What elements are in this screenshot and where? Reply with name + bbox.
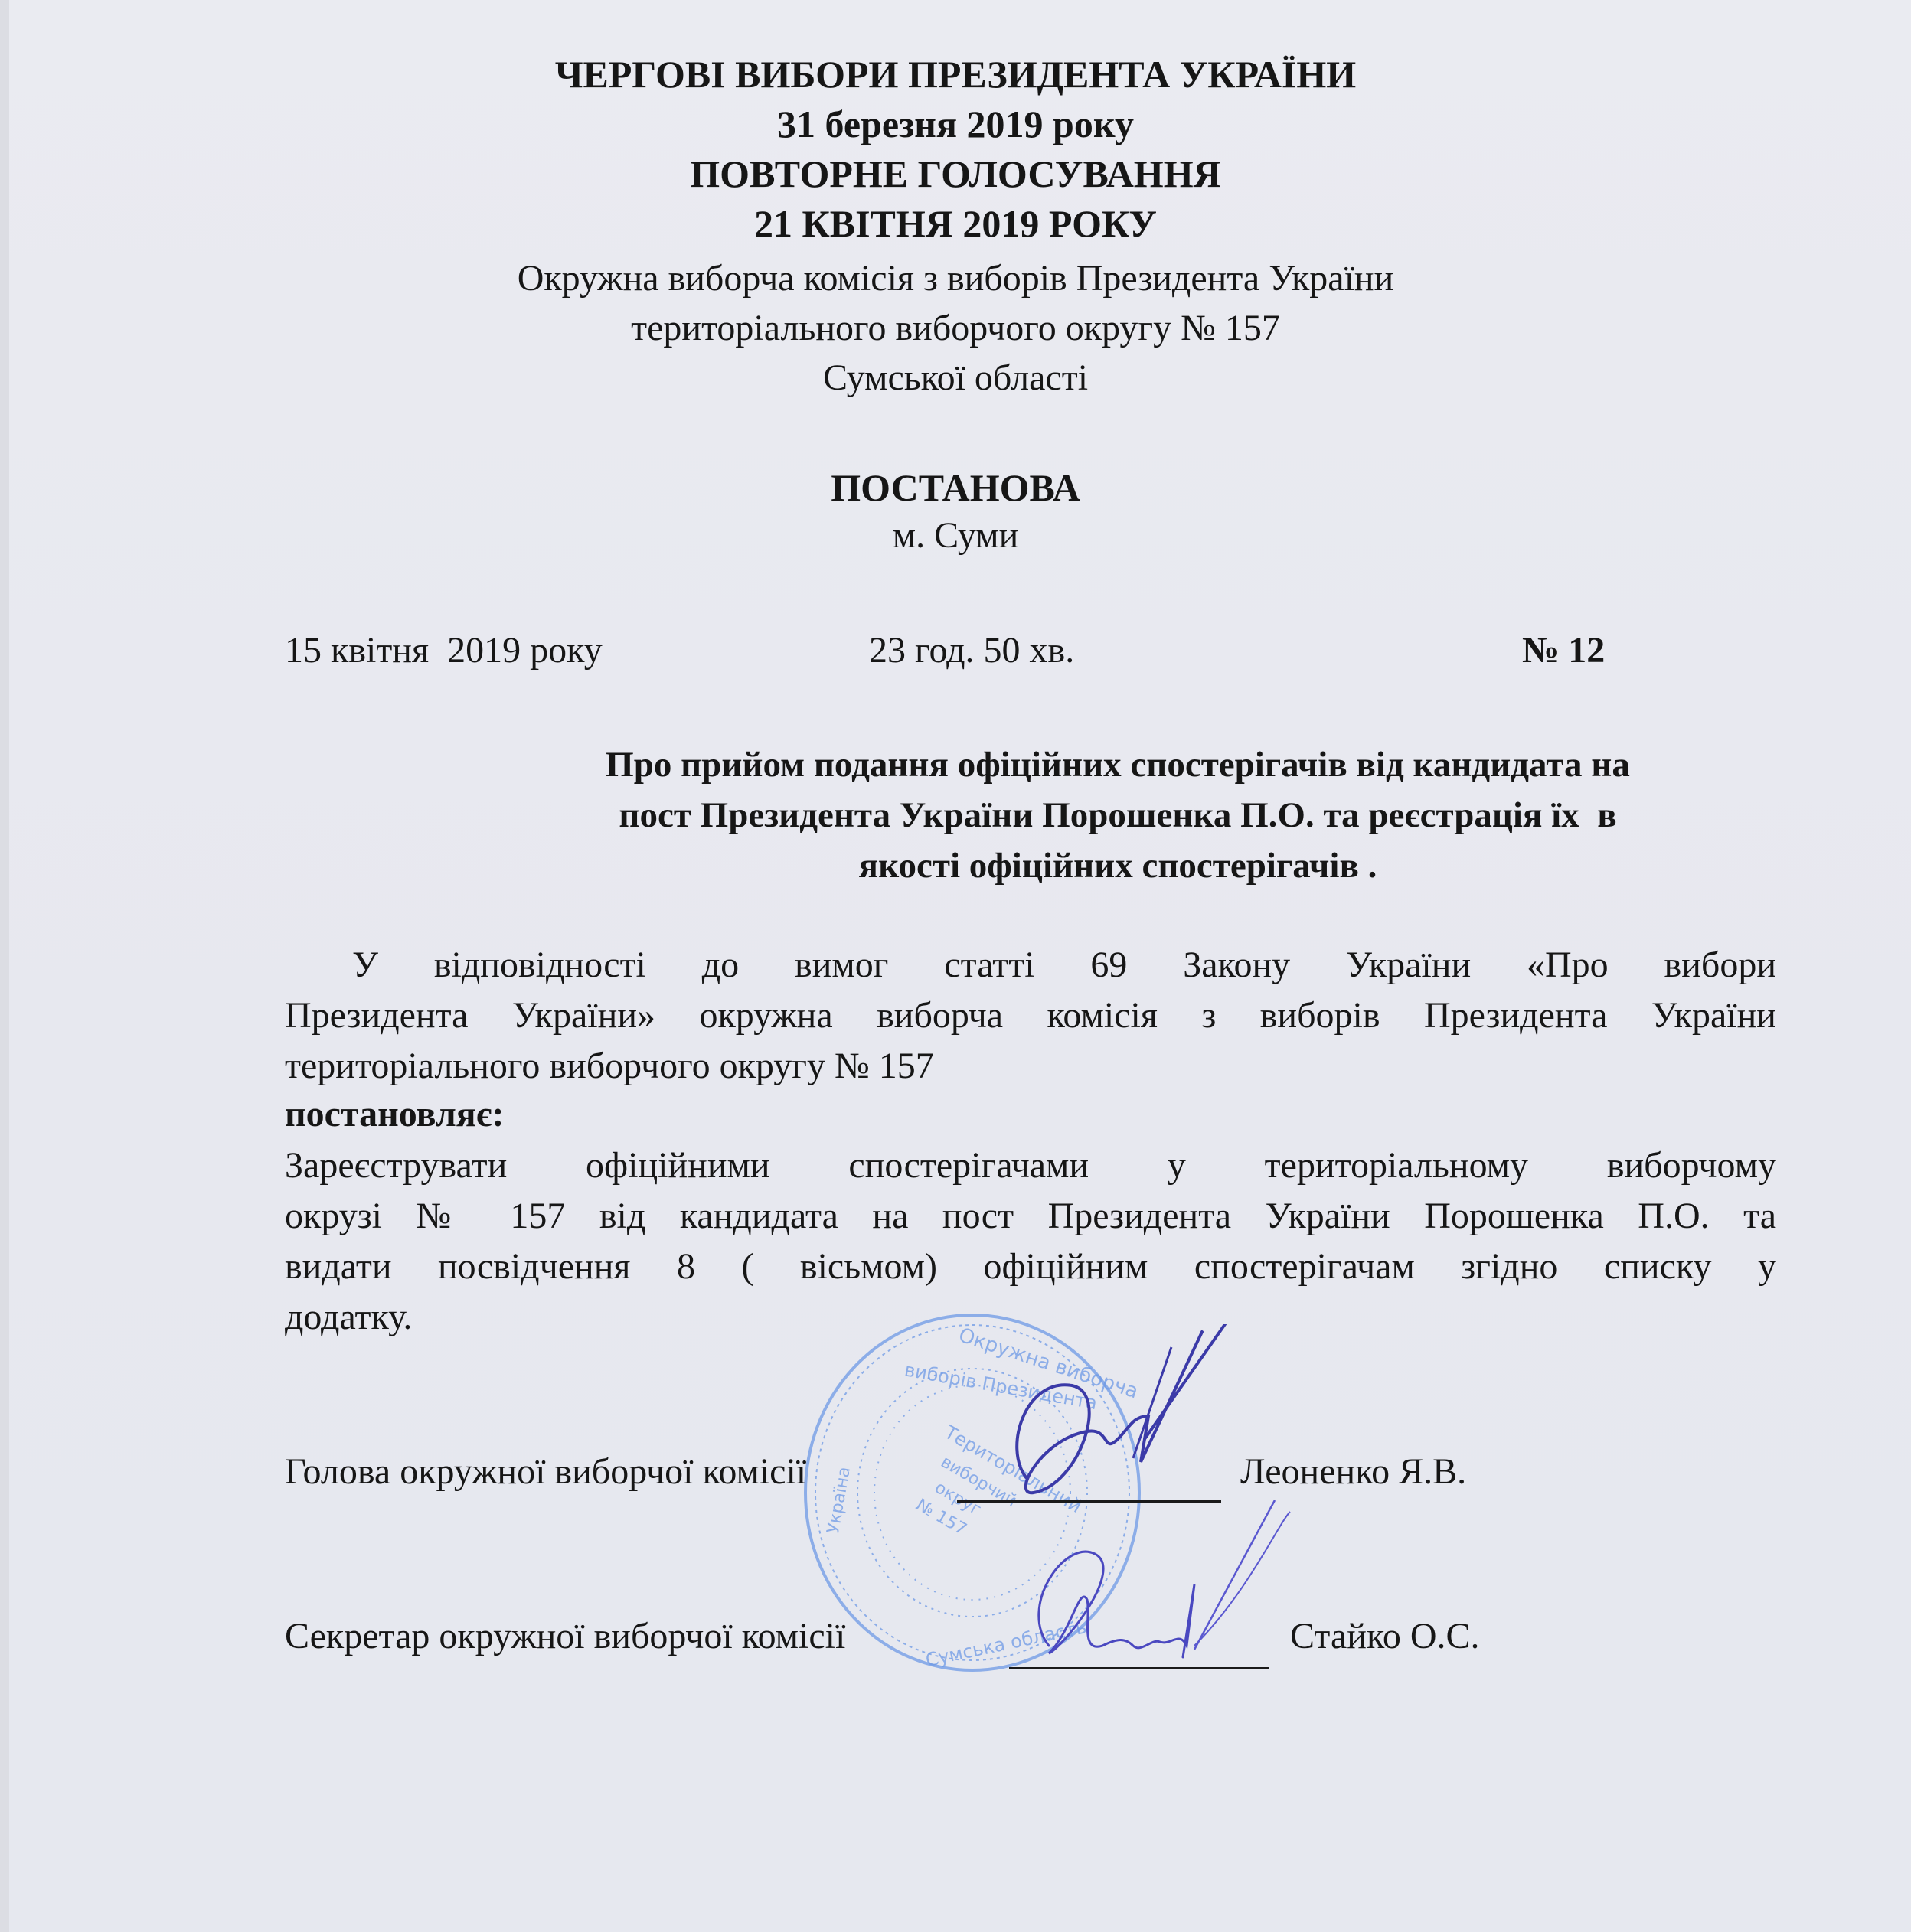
chair-signature-line — [957, 1500, 1221, 1503]
svg-text:Україна: Україна — [824, 1465, 854, 1535]
document-type: ПОСТАНОВА — [0, 468, 1911, 507]
document-page: ЧЕРГОВІ ВИБОРИ ПРЕЗИДЕНТА УКРАЇНИ 31 бер… — [0, 0, 1911, 1932]
decision-line: окрузі № 157 від кандидата на пост Прези… — [285, 1191, 1776, 1242]
runoff-date: 21 КВІТНЯ 2019 РОКУ — [0, 204, 1911, 243]
decision-paragraph: Зареєструвати офіційними спостерігачами … — [285, 1141, 1776, 1343]
intro-line: територіального виборчого округу № 157 — [285, 1041, 1776, 1092]
document-time: 23 год. 50 хв. — [869, 629, 1074, 671]
intro-paragraph: У відповідності до вимог статті 69 Закон… — [285, 940, 1776, 1092]
svg-text:Сумська область: Сумська область — [923, 1616, 1088, 1671]
document-number: № 12 — [1522, 629, 1605, 671]
decision-line: Зареєструвати офіційними спостерігачами … — [285, 1141, 1776, 1191]
decides-label: постановляє: — [285, 1093, 505, 1135]
commission-name: Окружна виборча комісія з виборів Презид… — [0, 260, 1911, 297]
official-stamp-icon: Окружна виборча виборів Президента Терит… — [796, 1305, 1148, 1680]
decision-line: додатку. — [285, 1292, 1776, 1343]
svg-text:виборів Президента: виборів Президента — [903, 1359, 1099, 1414]
commission-district: територіального виборчого округу № 157 — [0, 310, 1911, 347]
secretary-name: Стайко О.С. — [1290, 1615, 1480, 1657]
svg-text:Територіальний: Територіальний — [940, 1421, 1086, 1517]
chair-name: Леоненко Я.В. — [1240, 1451, 1466, 1493]
election-date: 31 березня 2019 року — [0, 105, 1911, 143]
title-line: якості офіційних спостерігачів . — [459, 840, 1776, 891]
title-line: пост Президента України Порошенка П.О. т… — [459, 790, 1776, 840]
title-line: Про прийом подання офіційних спостерігач… — [459, 739, 1776, 790]
intro-line: Президента України» окружна виборча комі… — [285, 990, 1776, 1041]
secretary-signature-line — [1009, 1667, 1269, 1669]
svg-text:округ: округ — [932, 1478, 985, 1519]
intro-line: У відповідності до вимог статті 69 Закон… — [285, 940, 1776, 990]
chair-role: Голова окружної виборчої комісії — [285, 1451, 806, 1493]
resolution-title: Про прийом подання офіційних спостерігач… — [459, 739, 1776, 891]
commission-region: Сумської області — [0, 360, 1911, 397]
document-date: 15 квітня 2019 року — [285, 629, 603, 671]
runoff-title: ПОВТОРНЕ ГОЛОСУВАННЯ — [0, 155, 1911, 193]
decision-line: видати посвідчення 8 ( вісьмом) офіційни… — [285, 1242, 1776, 1292]
document-city: м. Суми — [0, 517, 1911, 554]
secretary-role: Секретар окружної виборчої комісії — [285, 1615, 845, 1657]
election-title: ЧЕРГОВІ ВИБОРИ ПРЕЗИДЕНТА УКРАЇНИ — [0, 55, 1911, 93]
chair-signature-icon — [995, 1324, 1256, 1523]
